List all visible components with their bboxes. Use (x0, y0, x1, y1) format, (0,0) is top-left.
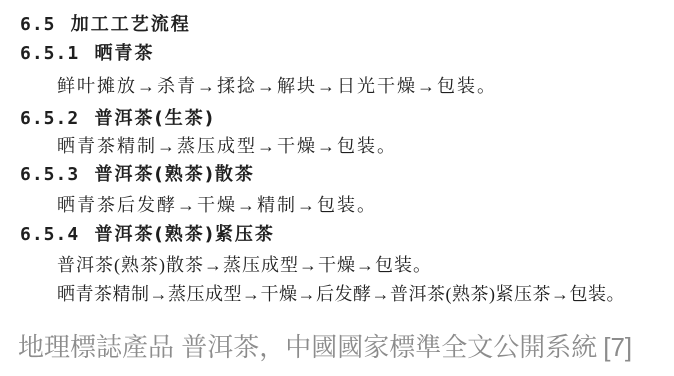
section-title: 普洱茶(生茶) (94, 108, 214, 129)
figure-caption: 地理標誌產品 普洱茶，中國國家標準全文公開系統[7] (18, 329, 632, 365)
caption-text: 地理標誌產品 普洱茶，中國國家標準全文公開系統 (18, 332, 597, 362)
section-heading-6-5-1: 6.5.1 晒青茶 (20, 42, 154, 66)
section-number: 6.5.1 (20, 43, 79, 64)
section-title: 普洱茶(熟茶)紧压茶 (94, 224, 274, 245)
section-heading-6-5-3: 6.5.3 普洱茶(熟茶)散茶 (20, 163, 255, 187)
section-number: 6.5.2 (20, 108, 79, 129)
process-flow-shaiqing-tea: 鲜叶摊放→杀青→揉捻→解块→日光干燥→包装。 (57, 73, 497, 99)
section-heading-6-5-2: 6.5.2 普洱茶(生茶) (20, 107, 215, 131)
standard-document-scan: 6.5 加工工艺流程 6.5.1 晒青茶 鲜叶摊放→杀青→揉捻→解块→日光干燥→… (0, 0, 674, 320)
section-title: 加工工艺流程 (71, 14, 191, 35)
process-flow-ripe-loose-puer: 晒青茶后发酵→干燥→精制→包装。 (57, 192, 377, 218)
section-title: 晒青茶 (94, 43, 154, 64)
citation-ref[interactable]: [7] (603, 332, 632, 362)
section-number: 6.5.4 (20, 224, 79, 245)
tea-standard-figure: 6.5 加工工艺流程 6.5.1 晒青茶 鲜叶摊放→杀青→揉捻→解块→日光干燥→… (0, 0, 674, 376)
section-title: 普洱茶(熟茶)散茶 (94, 164, 254, 185)
section-number: 6.5 (20, 14, 56, 35)
process-flow-ripe-compressed-puer-1: 普洱茶(熟茶)散茶→蒸压成型→干燥→包装。 (57, 252, 432, 278)
section-heading-6-5-4: 6.5.4 普洱茶(熟茶)紧压茶 (20, 223, 275, 247)
section-number: 6.5.3 (20, 164, 79, 185)
section-heading-6-5: 6.5 加工工艺流程 (20, 13, 191, 37)
process-flow-raw-puer: 晒青茶精制→蒸压成型→干燥→包装。 (57, 133, 397, 159)
process-flow-ripe-compressed-puer-2: 晒青茶精制→蒸压成型→干燥→后发酵→普洱茶(熟茶)紧压茶→包装。 (57, 281, 625, 307)
